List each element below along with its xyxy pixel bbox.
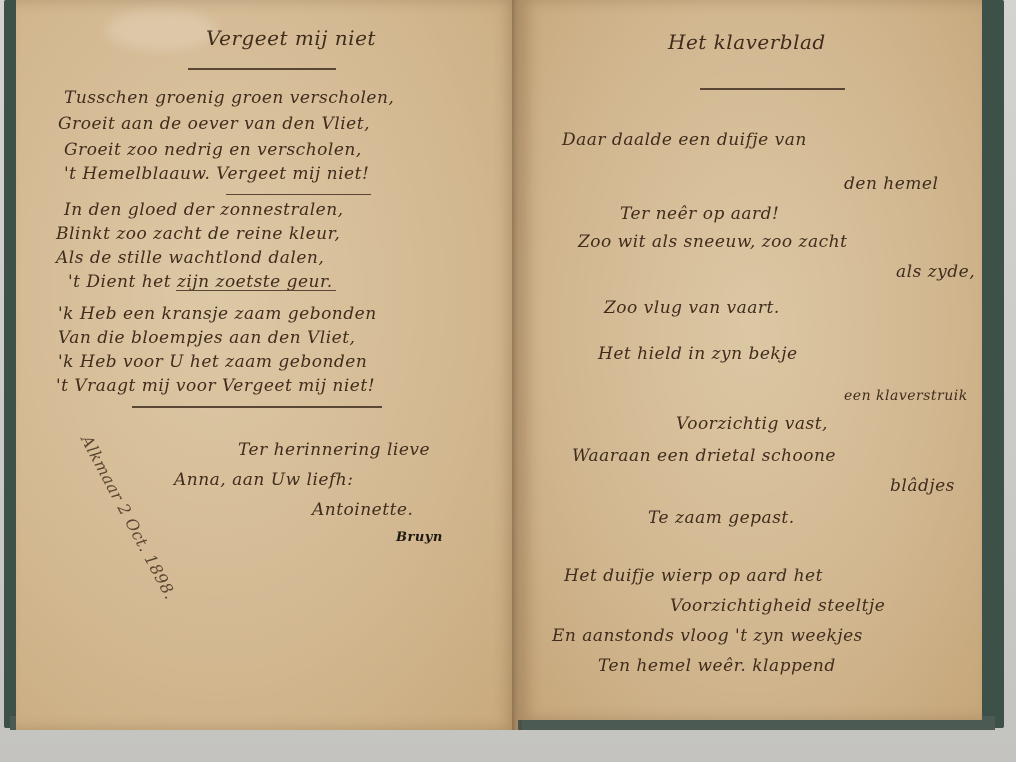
left-page: Vergeet mij niet Tusschen groenig groen … xyxy=(16,0,518,730)
title-underline xyxy=(188,68,336,70)
poem-line: Voorzichtigheid steeltje xyxy=(670,596,885,616)
dedication-line: Ter herinnering lieve xyxy=(238,440,430,460)
poem-line: Te zaam gepast. xyxy=(648,508,795,528)
poem-line: als zyde, xyxy=(896,262,975,282)
dedication-line: Anna, aan Uw liefh: xyxy=(174,470,353,490)
poem-line: Van die bloempjes aan den Vliet, xyxy=(58,328,355,348)
poem-line: Tusschen groenig groen verscholen, xyxy=(64,88,394,108)
poem-line: Waaraan een drietal schoone xyxy=(572,446,836,466)
poem-line: 't Hemelblaauw. Vergeet mij niet! xyxy=(64,164,369,184)
poem-line: blâdjes xyxy=(890,476,955,496)
poem-line: 'k Heb voor U het zaam gebonden xyxy=(58,352,367,372)
poem-line: Het hield in zyn bekje xyxy=(598,344,798,364)
title-underline xyxy=(700,88,845,90)
dedication-signature: Antoinette. xyxy=(312,500,413,520)
poem-line: Daar daalde een duifje van xyxy=(562,130,807,150)
poem-line: 'k Heb een kransje zaam gebonden xyxy=(58,304,377,324)
poem-line: Voorzichtig vast, xyxy=(676,414,828,434)
stanza-divider xyxy=(226,194,371,195)
poem-line: den hemel xyxy=(844,174,938,194)
poem-line: En aanstonds vloog 't zyn weekjes xyxy=(552,626,863,646)
closing-rule xyxy=(132,406,382,408)
poem-line: Ten hemel weêr. klappend xyxy=(598,656,836,676)
poem-line: Ter neêr op aard! xyxy=(620,204,779,224)
side-date: Alkmaar 2 Oct. 1898. xyxy=(77,432,180,603)
stamp-signature: Bruyn xyxy=(396,530,443,545)
poem-line: In den gloed der zonnestralen, xyxy=(64,200,344,220)
left-page-title: Vergeet mij niet xyxy=(206,26,376,50)
poem-line: Het duifje wierp op aard het xyxy=(564,566,823,586)
right-page-title: Het klaverblad xyxy=(668,30,826,54)
poem-line: Groeit zoo nedrig en verscholen, xyxy=(64,140,362,160)
poem-line: Zoo vlug van vaart. xyxy=(604,298,780,318)
poem-line: een klaverstruik xyxy=(844,388,968,404)
poem-line: Als de stille wachtlond dalen, xyxy=(56,248,324,268)
poem-line: Blinkt zoo zacht de reine kleur, xyxy=(56,224,340,244)
right-page: Het klaverblad Daar daalde een duifje va… xyxy=(518,0,982,720)
poem-line: 't Dient het zijn zoetste geur. xyxy=(68,272,333,292)
poem-line: 't Vraagt mij voor Vergeet mij niet! xyxy=(56,376,375,396)
poem-line: Groeit aan de oever van den Vliet, xyxy=(58,114,370,134)
poem-line: Zoo wit als sneeuw, zoo zacht xyxy=(578,232,847,252)
paper-stain xyxy=(106,10,216,50)
stanza-divider xyxy=(176,290,336,291)
